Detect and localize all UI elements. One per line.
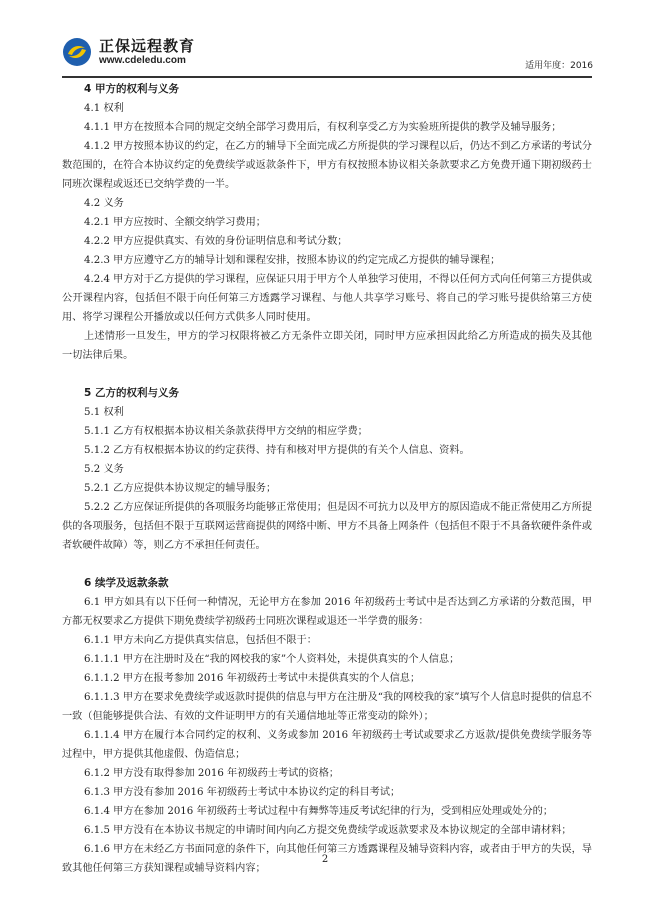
header-divider xyxy=(62,76,592,78)
paragraph: 6.1.1.2 甲方在报考参加 2016 年初级药士考试中未提供真实的个人信息； xyxy=(62,669,592,688)
paragraph: 5.2.2 乙方应保证所提供的各项服务均能够正常使用；但是因不可抗力以及甲方的原… xyxy=(62,498,592,555)
paragraph: 4.2.1 甲方应按时、全额交纳学习费用； xyxy=(62,213,592,232)
paragraph: 6.1.2 甲方没有取得参加 2016 年初级药士考试的资格； xyxy=(62,764,592,783)
section-heading: 4 甲方的权利与义务 xyxy=(62,80,592,99)
page-number: 2 xyxy=(0,854,650,865)
paragraph: 6.1.1.3 甲方在要求免费续学或返款时提供的信息与甲方在注册及“我的网校我的… xyxy=(62,688,592,726)
paragraph: 6.1.5 甲方没有在本协议书规定的申请时间内向乙方提交免费续学或返款要求及本协… xyxy=(62,821,592,840)
section-gap xyxy=(62,555,592,574)
brand-url: www.cdeledu.com xyxy=(99,55,195,67)
paragraph: 4.2.2 甲方应提供真实、有效的身份证明信息和考试分数； xyxy=(62,232,592,251)
year-label: 适用年度：2016 xyxy=(525,58,593,71)
logo-icon xyxy=(63,38,91,66)
brand-name: 正保远程教育 xyxy=(99,38,195,55)
brand: 正保远程教育 www.cdeledu.com xyxy=(99,38,195,67)
paragraph: 6.1.1.4 甲方在履行本合同约定的权利、义务或参加 2016 年初级药士考试… xyxy=(62,726,592,764)
paragraph: 4.2.3 甲方应遵守乙方的辅导计划和课程安排，按照本协议的约定完成乙方提供的辅… xyxy=(62,251,592,270)
paragraph: 5.2 义务 xyxy=(62,460,592,479)
paragraph: 4.1 权利 xyxy=(62,99,592,118)
paragraph: 5.2.1 乙方应提供本协议规定的辅导服务； xyxy=(62,479,592,498)
paragraph: 4.2 义务 xyxy=(62,194,592,213)
paragraph: 5.1 权利 xyxy=(62,403,592,422)
document-body: 4 甲方的权利与义务4.1 权利4.1.1 甲方在按照本合同的规定交纳全部学习费… xyxy=(62,80,592,878)
section-heading: 6 续学及返款条款 xyxy=(62,574,592,593)
paragraph: 上述情形一旦发生，甲方的学习权限将被乙方无条件立即关闭，同时甲方应承担因此给乙方… xyxy=(62,327,592,365)
paragraph: 4.1.2 甲方按照本协议的约定，在乙方的辅导下全面完成乙方所提供的学习课程以后… xyxy=(62,137,592,194)
paragraph: 6.1.1 甲方未向乙方提供真实信息，包括但不限于： xyxy=(62,631,592,650)
section-heading: 5 乙方的权利与义务 xyxy=(62,384,592,403)
paragraph: 4.2.4 甲方对于乙方提供的学习课程，应保证只用于甲方个人单独学习使用，不得以… xyxy=(62,270,592,327)
paragraph: 6.1 甲方如具有以下任何一种情况，无论甲方在参加 2016 年初级药士考试中是… xyxy=(62,593,592,631)
paragraph: 6.1.3 甲方没有参加 2016 年初级药士考试中本协议约定的科目考试； xyxy=(62,783,592,802)
section-gap xyxy=(62,365,592,384)
paragraph: 6.1.4 甲方在参加 2016 年初级药士考试过程中有舞弊等违反考试纪律的行为… xyxy=(62,802,592,821)
paragraph: 4.1.1 甲方在按照本合同的规定交纳全部学习费用后，有权利享受乙方为实验班所提… xyxy=(62,118,592,137)
paragraph: 5.1.2 乙方有权根据本协议的约定获得、持有和核对甲方提供的有关个人信息、资料… xyxy=(62,441,592,460)
paragraph: 6.1.1.1 甲方在注册时及在“我的网校我的家”个人资料处，未提供真实的个人信… xyxy=(62,650,592,669)
paragraph: 5.1.1 乙方有权根据本协议相关条款获得甲方交纳的相应学费； xyxy=(62,422,592,441)
page-header: 正保远程教育 www.cdeledu.com 适用年度：2016 xyxy=(63,38,593,74)
